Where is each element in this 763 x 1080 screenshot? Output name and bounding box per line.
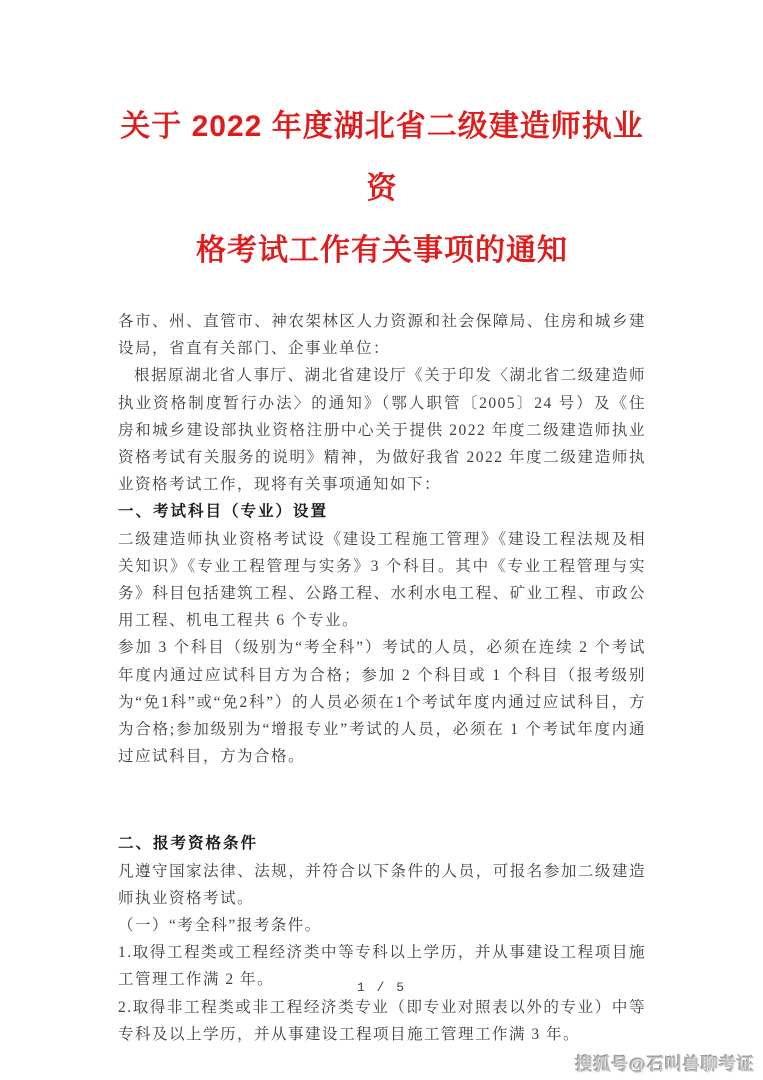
exam-subjects-paragraph: 二级建造师执业资格考试设《建设工程施工管理》《建设工程法规及相关知识》《专业工程… bbox=[118, 526, 646, 635]
page-number: 1 / 5 bbox=[0, 980, 763, 995]
full-exam-condition-subheading: （一）“考全科”报考条件。 bbox=[118, 912, 646, 939]
passing-rules-paragraph: 参加 3 个科目（级别为“考全科”）考试的人员，必须在连续 2 个考试年度内通过… bbox=[118, 634, 646, 770]
basis-paragraph: 根据原湖北省人事厅、湖北省建设厅《关于印发〈湖北省二级建造师执业资格制度暂行办法… bbox=[118, 362, 646, 498]
condition-2-paragraph: 2.取得非工程类或非工程经济类专业（即专业对照表以外的专业）中等专科及以上学历，… bbox=[118, 994, 646, 1048]
document-title: 关于 2022 年度湖北省二级建造师执业资 格考试工作有关事项的通知 bbox=[118, 96, 646, 282]
sohu-account-watermark: 搜狐号@石叫兽聊考证 bbox=[575, 1050, 755, 1075]
document-title-line1: 关于 2022 年度湖北省二级建造师执业资 bbox=[118, 96, 646, 220]
recipients-paragraph: 各市、州、直管市、神农架林区人力资源和社会保障局、住房和城乡建设局，省直有关部门… bbox=[118, 308, 646, 362]
document-content: 关于 2022 年度湖北省二级建造师执业资 格考试工作有关事项的通知 各市、州、… bbox=[118, 0, 646, 1048]
eligibility-intro-paragraph: 凡遵守国家法律、法规，并符合以下条件的人员，可报名参加二级建造师执业资格考试。 bbox=[118, 858, 646, 912]
document-page: 关于 2022 年度湖北省二级建造师执业资 格考试工作有关事项的通知 各市、州、… bbox=[0, 0, 763, 1080]
section1-heading: 一、考试科目（专业）设置 bbox=[118, 498, 646, 525]
document-title-line2: 格考试工作有关事项的通知 bbox=[118, 220, 646, 282]
document-body: 各市、州、直管市、神农架林区人力资源和社会保障局、住房和城乡建设局，省直有关部门… bbox=[118, 308, 646, 1048]
section2-heading: 二、报考资格条件 bbox=[118, 830, 646, 857]
